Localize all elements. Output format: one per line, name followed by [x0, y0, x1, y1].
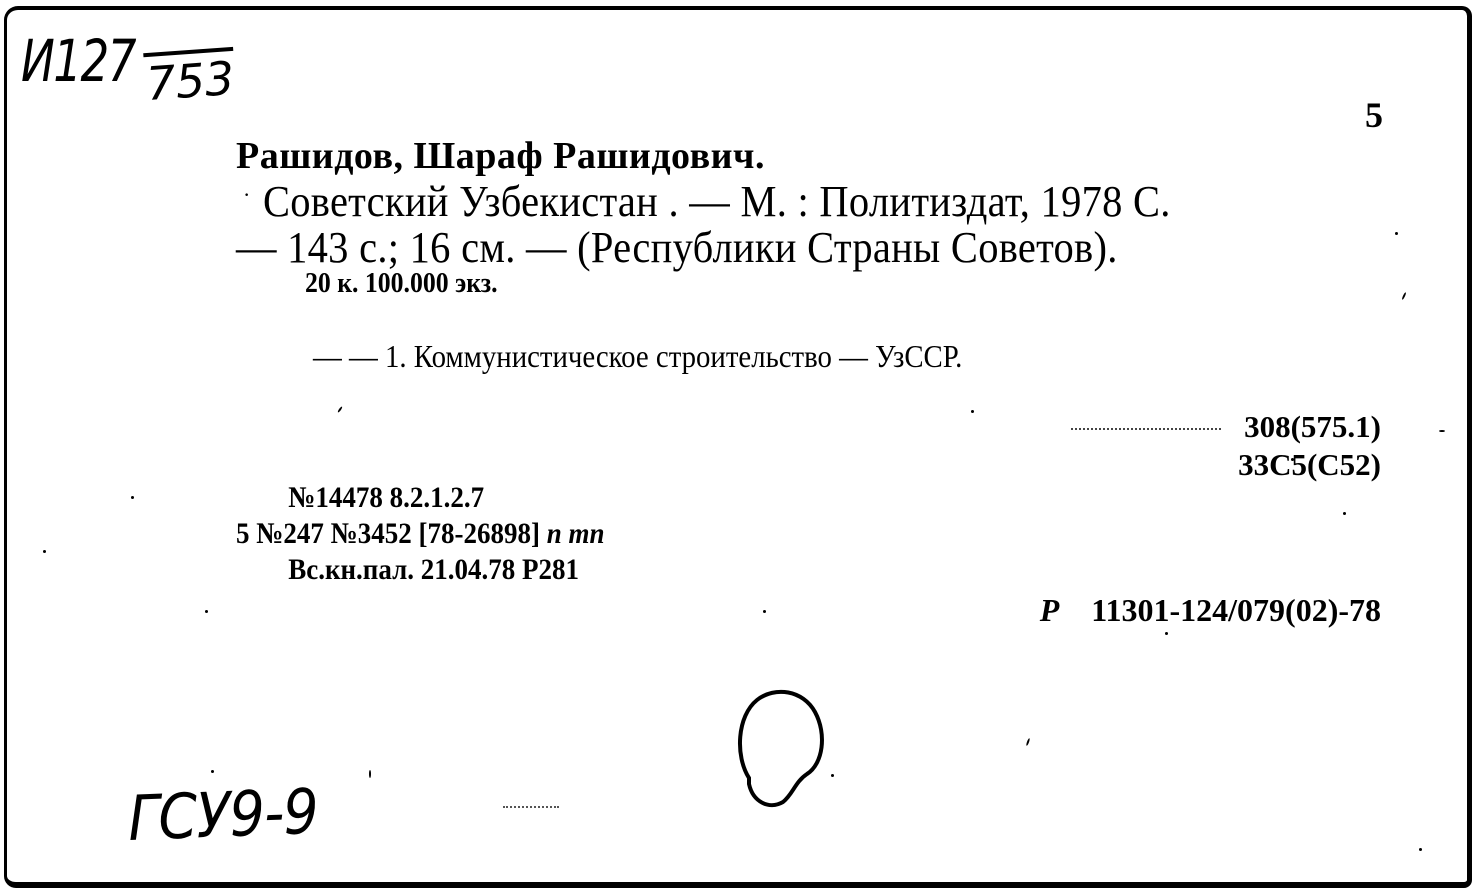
dotted-leader — [1071, 428, 1221, 430]
shelfmark-fraction: 753 — [143, 47, 237, 107]
title-line: Советский Узбекистан . — М. : Политиздат… — [263, 176, 1171, 227]
index-code-value: 11301-124/079(02)-78 — [1091, 592, 1381, 628]
shelfmark-main: И127 — [21, 32, 135, 90]
price-and-print-run: 20 к. 100.000 экз. — [305, 268, 498, 300]
meta-line-chamber: Вс.кн.пал. 21.04.78 Р281 — [236, 552, 605, 588]
udc-code: 308(575.1) — [1238, 408, 1381, 446]
index-code: Р 11301-124/079(02)-78 — [1040, 592, 1381, 629]
subject-heading: — — 1. Коммунистическое строительство — … — [313, 338, 962, 375]
author-heading: Рашидов, Шараф Рашидович. — [236, 134, 765, 178]
dotted-mark — [503, 806, 559, 808]
catalog-card: И127 753 5 Рашидов, Шараф Рашидович. · С… — [4, 6, 1472, 888]
meta-line-numbers: 5 №247 №3452 [78-26898] п тп — [236, 516, 605, 552]
meta-line-numbers-suffix: п тп — [547, 517, 605, 550]
classification-block: 308(575.1) 33С5(С52) — [1238, 408, 1381, 484]
index-code-letter: Р — [1040, 592, 1060, 628]
meta-line-numbers-text: 5 №247 №3452 [78-26898] — [236, 517, 540, 550]
handwritten-code: ГСУ9-9 — [127, 775, 319, 855]
bbk-code: 33С5(С52) — [1238, 446, 1381, 484]
meta-line-order: №14478 8.2.1.2.7 — [236, 480, 605, 516]
physical-description-line: — 143 с.; 16 см. — (Республики Страны Со… — [236, 222, 1118, 273]
card-number: 5 — [1365, 94, 1383, 136]
speck-dot: · — [243, 182, 250, 208]
punch-hole-icon — [731, 686, 831, 810]
technical-metadata: №14478 8.2.1.2.7 5 №247 №3452 [78-26898]… — [236, 480, 605, 588]
